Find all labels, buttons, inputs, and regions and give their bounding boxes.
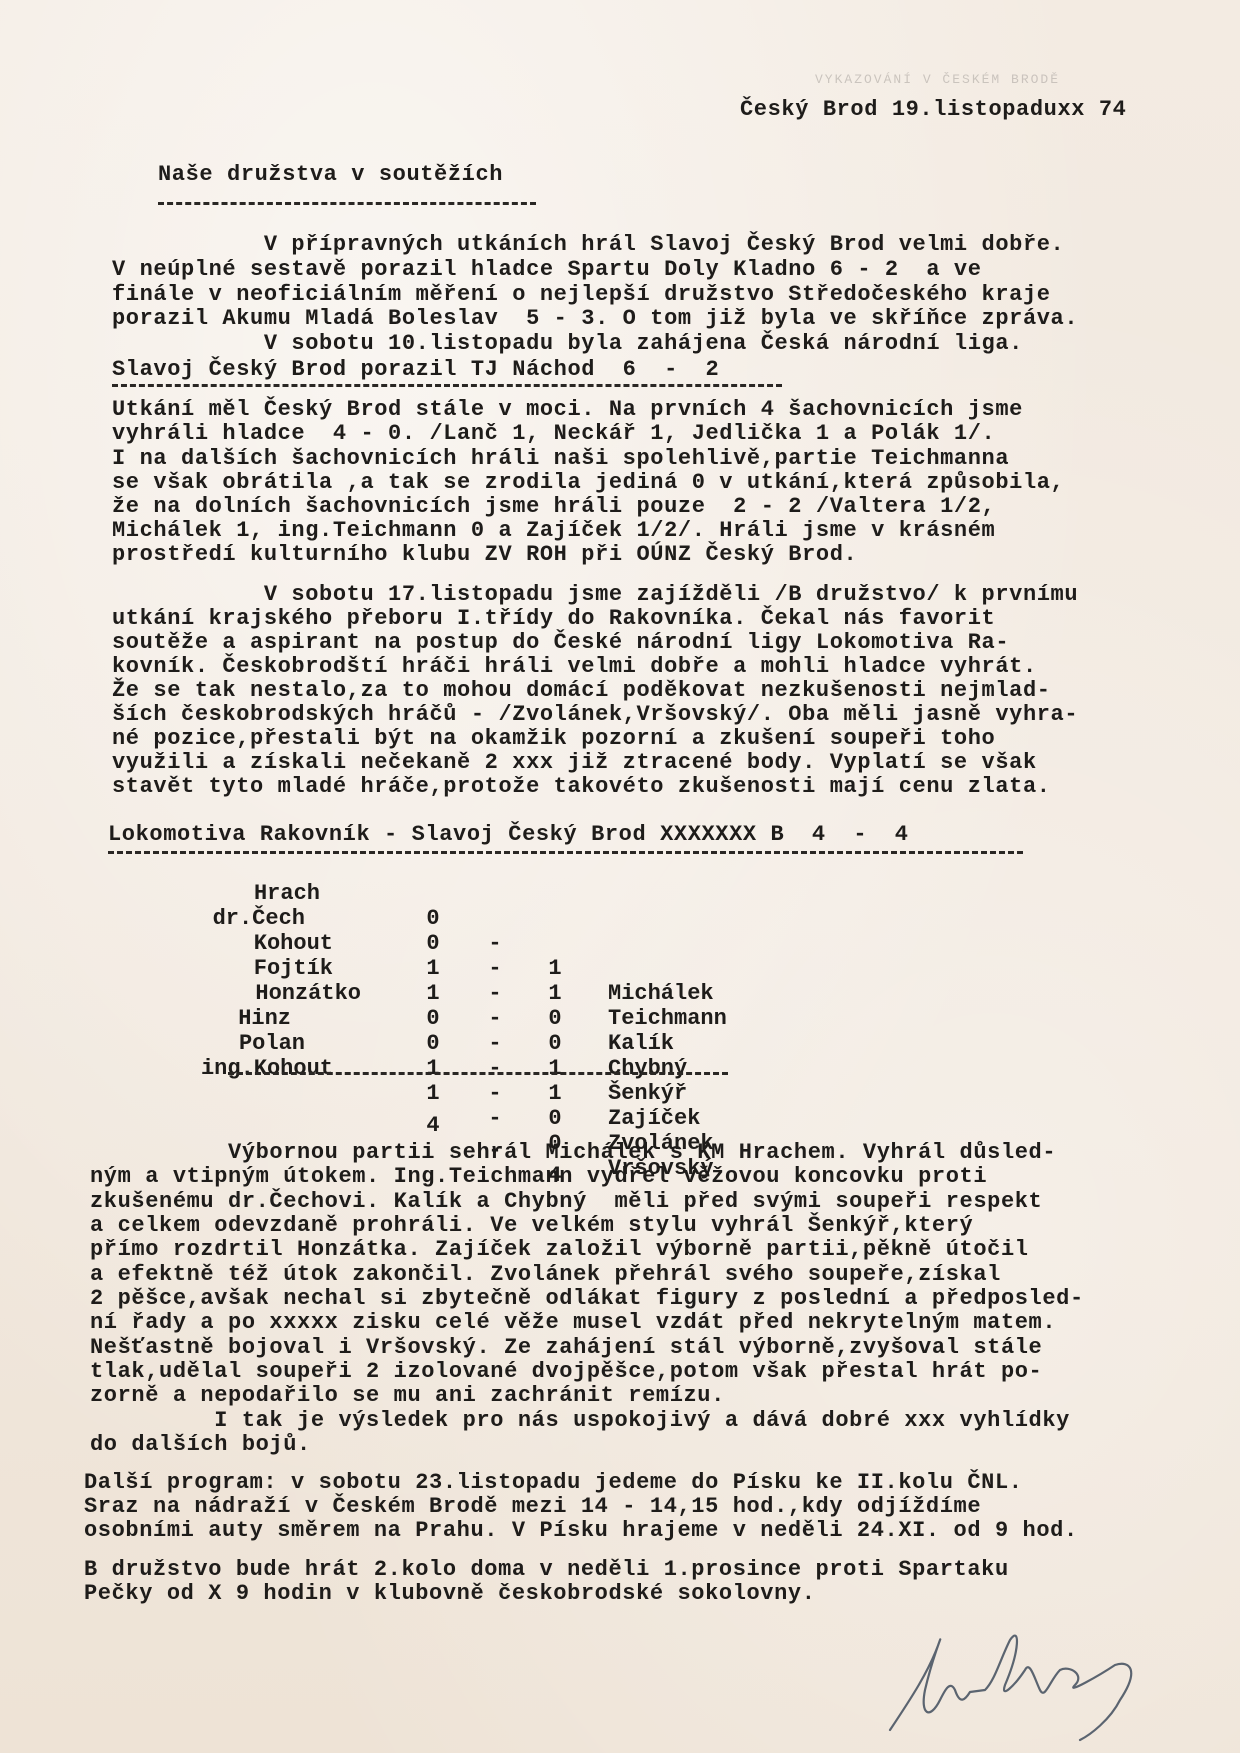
text-line: né pozice,přestali být na okamžik pozorn…: [112, 726, 995, 751]
home-score: 0: [418, 931, 448, 956]
title-underline: [158, 202, 536, 205]
home-player: Polan: [105, 1031, 305, 1056]
text-line: že na dolních šachovnicích jsme hráli po…: [112, 494, 995, 519]
total-home-score: 4: [418, 1113, 448, 1138]
text-line: Sraz na nádraží v Českém Brodě mezi 14 -…: [84, 1494, 981, 1519]
away-score: 0: [540, 1006, 570, 1031]
text-line: finále v neoficiálním měření o nejlepší …: [112, 282, 1051, 307]
away-score: 1: [540, 1056, 570, 1081]
match-1-heading: Slavoj Český Brod porazil TJ Náchod 6 - …: [112, 357, 719, 382]
home-score: 0: [418, 1006, 448, 1031]
text-line: Nešťastně bojoval i Vršovský. Ze zahájen…: [90, 1335, 1042, 1360]
text-line: B družstvo bude hrát 2.kolo doma v neděl…: [84, 1557, 1009, 1582]
text-line: využili a získali nečekaně 2 xxx již ztr…: [112, 750, 1037, 775]
text-line: soutěže a aspirant na postup do České ná…: [112, 630, 1009, 655]
home-score: 1: [418, 981, 448, 1006]
score-separator: -: [480, 956, 510, 981]
table-total-row: 4 - 4: [0, 1088, 79, 1213]
text-line: zorně a nepodařilo se mu ani zachránit r…: [90, 1383, 725, 1408]
home-player: Hinz: [91, 1006, 291, 1031]
away-score: 0: [540, 1106, 570, 1131]
text-line: I tak je výsledek pro nás uspokojivý a d…: [90, 1408, 1070, 1433]
dateline: Český Brod 19.listopaduxx 74: [740, 97, 1126, 122]
away-player: Zajíček: [608, 1106, 700, 1131]
away-player: Michálek: [608, 981, 714, 1006]
text-line: tlak,udělal soupeři 2 izolované dvojpěšc…: [90, 1359, 1042, 1384]
table-total-rule: [228, 1072, 728, 1075]
score-separator: -: [480, 1031, 510, 1056]
text-line: utkání krajského přeboru I.třídy do Rako…: [112, 606, 995, 631]
home-score: 0: [418, 1031, 448, 1056]
home-player: Kohout: [133, 931, 333, 956]
text-line: ších českobrodských hráčů - /Zvolánek,Vr…: [112, 702, 1078, 727]
text-line: V sobotu 10.listopadu byla zahájena Česk…: [112, 331, 1023, 356]
away-score: 0: [540, 1031, 570, 1056]
document-title: Naše družstva v soutěžích: [158, 162, 503, 187]
text-line: vyhráli hladce 4 - 0. /Lanč 1, Neckář 1,…: [112, 421, 995, 446]
home-player: Hrach: [120, 881, 320, 906]
faded-stamp: VYKAZOVÁNÍ V ČESKÉM BRODĚ: [815, 72, 1060, 87]
text-line: a efektně též útok zakončil. Zvolánek př…: [90, 1262, 1001, 1287]
away-score: 1: [540, 981, 570, 1006]
away-player: Kalík: [608, 1031, 674, 1056]
text-line: stavět tyto mladé hráče,protože takovéto…: [112, 774, 1051, 799]
home-score: 1: [418, 1081, 448, 1106]
typewritten-letter-page: VYKAZOVÁNÍ V ČESKÉM BRODĚ Český Brod 19.…: [0, 0, 1240, 1753]
text-line: do dalších bojů.: [90, 1432, 311, 1457]
text-line: Utkání měl Český Brod stále v moci. Na p…: [112, 397, 1023, 422]
text-line: porazil Akumu Mladá Boleslav 5 - 3. O to…: [112, 306, 1078, 331]
text-line: ným a vtipným útokem. Ing.Teichmann vydř…: [90, 1164, 987, 1189]
text-line: ní řady a po xxxxx zisku celé věže musel…: [90, 1310, 1056, 1335]
away-score: 1: [540, 1081, 570, 1106]
score-separator: -: [480, 1056, 510, 1081]
text-line: osobními auty směrem na Prahu. V Písku h…: [84, 1518, 1078, 1543]
home-score: 1: [418, 1056, 448, 1081]
home-player: dr.Čech: [105, 906, 305, 931]
text-line: Michálek 1, ing.Teichmann 0 a Zajíček 1/…: [112, 518, 995, 543]
text-line: kovník. Českobrodští hráči hráli velmi d…: [112, 654, 1037, 679]
score-separator: -: [480, 931, 510, 956]
text-line: přímo rozdrtil Honzátka. Zajíček založil…: [90, 1237, 1029, 1262]
handwritten-signature-icon: [870, 1620, 1170, 1750]
away-player: Teichmann: [608, 1006, 727, 1031]
text-line: V neúplné sestavě porazil hladce Spartu …: [112, 257, 982, 282]
match-1-underline: [112, 384, 782, 387]
text-line: a celkem odevzdaně prohráli. Ve velkém s…: [90, 1213, 973, 1238]
text-line: Že se tak nestalo,za to mohou domácí pod…: [112, 678, 1051, 703]
score-separator: -: [480, 981, 510, 1006]
score-separator: -: [480, 1006, 510, 1031]
text-line: zkušenému dr.Čechovi. Kalík a Chybný měl…: [90, 1189, 1042, 1214]
text-line: prostředí kulturního klubu ZV ROH při OÚ…: [112, 542, 857, 567]
score-separator: -: [480, 1081, 510, 1106]
away-player: Šenkýř: [608, 1081, 687, 1106]
match-2-heading: Lokomotiva Rakovník - Slavoj Český Brod …: [108, 822, 909, 847]
away-player: Chybný: [608, 1056, 687, 1081]
text-line: V sobotu 17.listopadu jsme zajížděli /B …: [112, 582, 1078, 607]
home-player: Fojtík: [133, 956, 333, 981]
away-score: 1: [540, 956, 570, 981]
text-line: Další program: v sobotu 23.listopadu jed…: [84, 1470, 1023, 1495]
text-line: Pečky od X 9 hodin v klubovně českobrods…: [84, 1581, 816, 1606]
match-2-underline: [108, 851, 1023, 854]
text-line: V přípravných utkáních hrál Slavoj Český…: [112, 232, 1064, 257]
text-line: 2 pěšce,avšak nechal si zbytečně odlákat…: [90, 1286, 1084, 1311]
home-score: 1: [418, 956, 448, 981]
text-line: se však obrátila ,a tak se zrodila jedin…: [112, 470, 1064, 495]
home-player: ing.Kohout: [133, 1056, 333, 1081]
home-player: Honzátko: [161, 981, 361, 1006]
text-line: Výbornou partii sehrál Michálek s KM Hra…: [90, 1140, 1056, 1165]
score-separator: -: [480, 1106, 510, 1131]
text-line: I na dalších šachovnicích hráli naši spo…: [112, 446, 1009, 471]
home-score: 0: [418, 906, 448, 931]
